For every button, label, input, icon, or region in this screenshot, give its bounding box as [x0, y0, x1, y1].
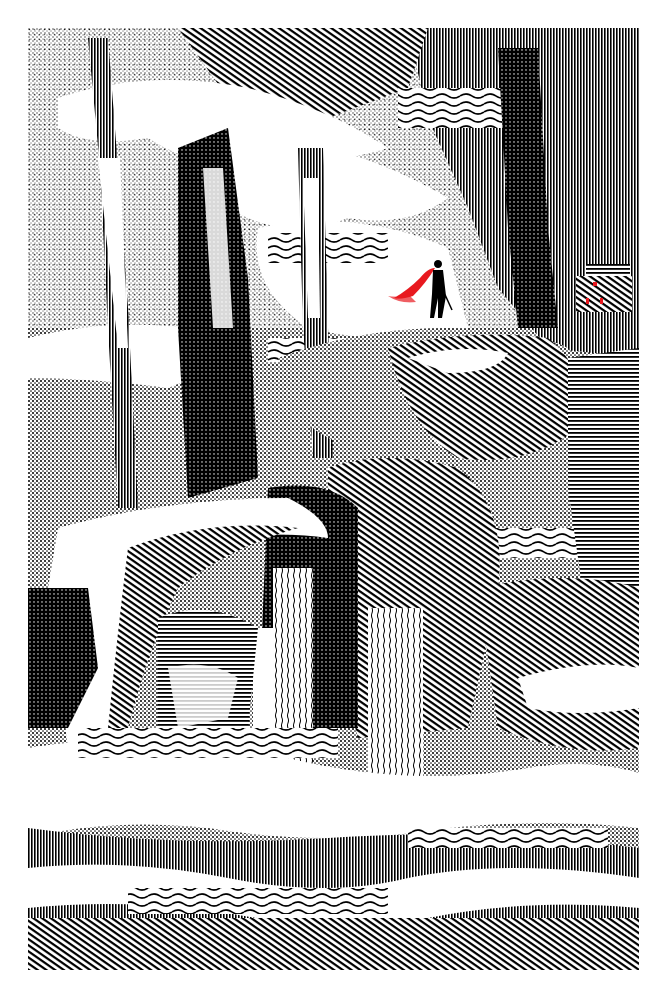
artwork-print	[28, 28, 639, 970]
engraving-illustration	[28, 28, 639, 970]
